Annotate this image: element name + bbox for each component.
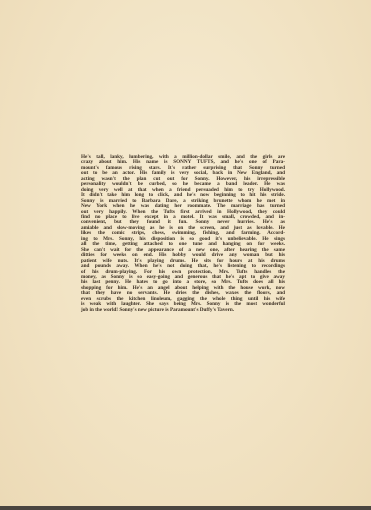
scan-edge-shadow (0, 506, 371, 510)
text-line: job in the world! Sonny's new picture is… (81, 308, 285, 313)
paper-page: He's tall, lanky, lumbering, with a mill… (0, 0, 371, 506)
biography-paragraph: He's tall, lanky, lumbering, with a mill… (81, 155, 285, 313)
